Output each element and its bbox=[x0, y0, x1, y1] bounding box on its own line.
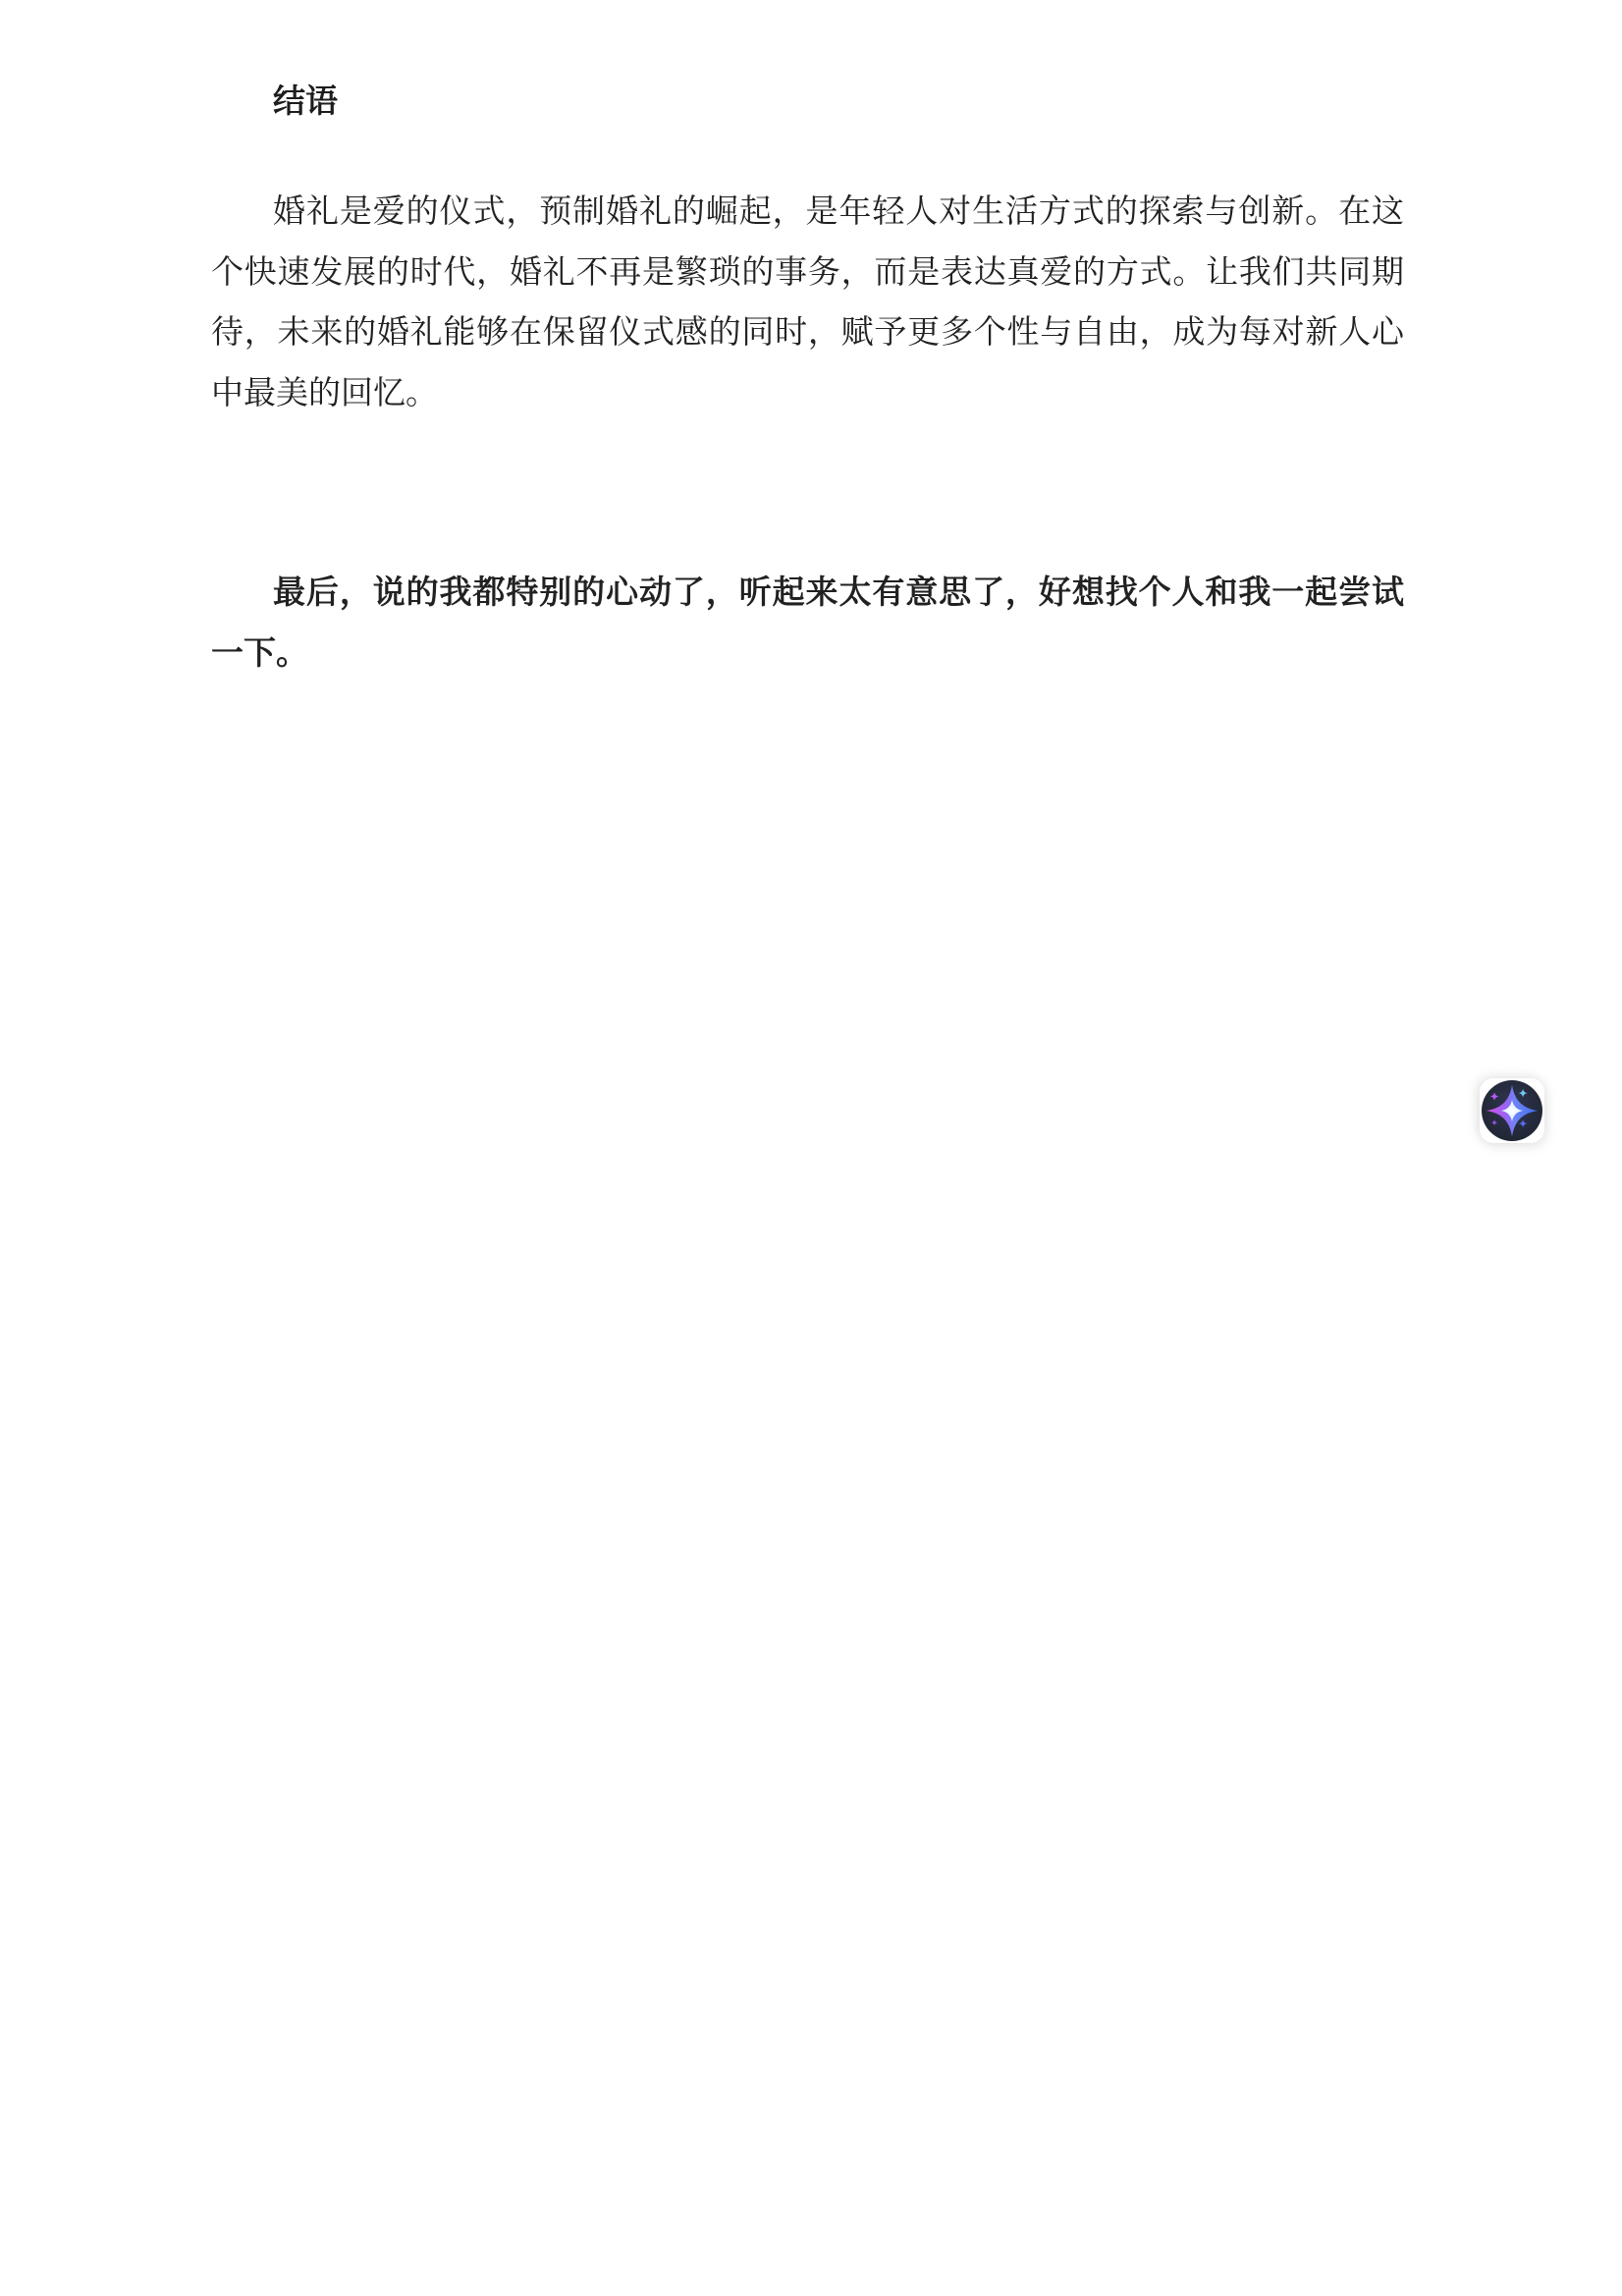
document-page: 结语 婚礼是爱的仪式，预制婚礼的崛起，是年轻人对生活方式的探索与创新。在这个快速… bbox=[0, 0, 1622, 2296]
conclusion-paragraph: 婚礼是爱的仪式，预制婚礼的崛起，是年轻人对生活方式的探索与创新。在这个快速发展的… bbox=[211, 181, 1404, 422]
sparkle-star-icon bbox=[1482, 1080, 1542, 1141]
user-comment-paragraph: 最后，说的我都特别的心动了，听起来太有意思了，好想找个人和我一起尝试一下。 bbox=[211, 562, 1404, 683]
ai-assistant-button[interactable] bbox=[1480, 1078, 1544, 1143]
section-heading: 结语 bbox=[211, 82, 1404, 120]
document-content: 结语 婚礼是爱的仪式，预制婚礼的崛起，是年轻人对生活方式的探索与创新。在这个快速… bbox=[211, 0, 1404, 683]
ai-assistant-button-circle bbox=[1482, 1080, 1542, 1141]
